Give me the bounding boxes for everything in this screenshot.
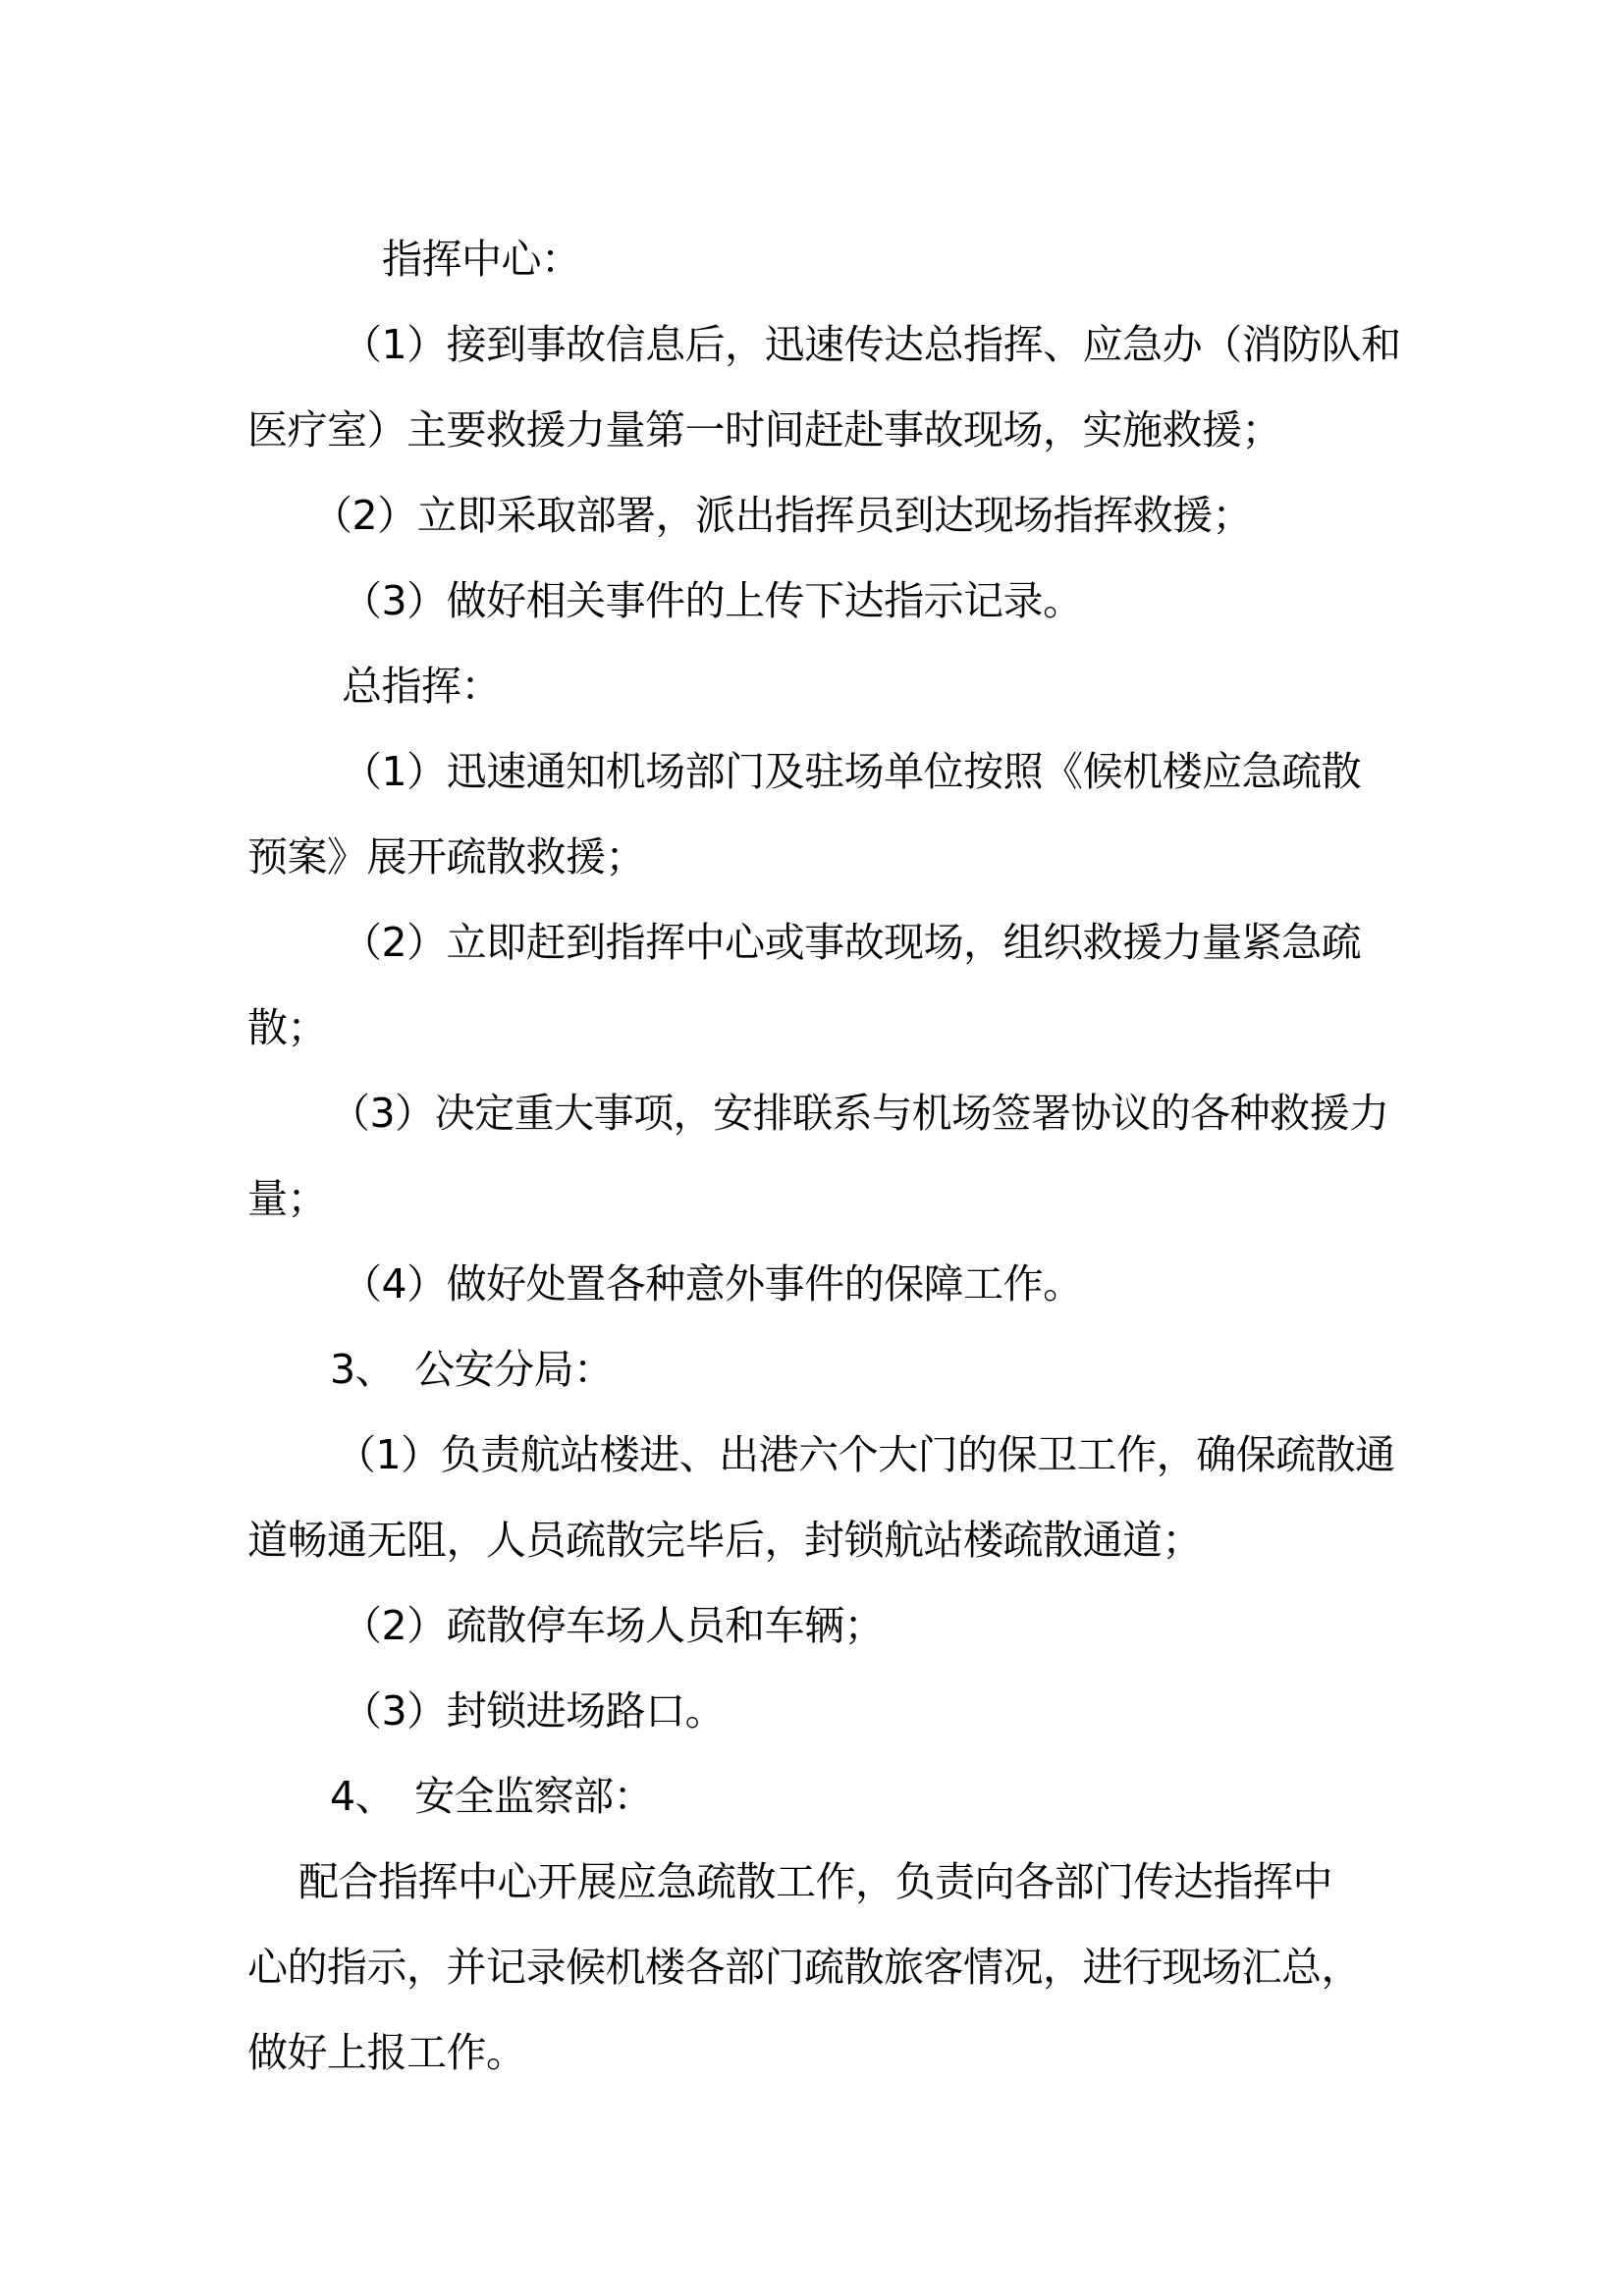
heading-safety-supervision: 4、 安全监察部： bbox=[330, 1771, 653, 1822]
paragraph-line: （1）迅速通知机场部门及驻场单位按照《候机楼应急疏散 bbox=[342, 746, 1361, 797]
paragraph-line: （4）做好处置各种意外事件的保障工作。 bbox=[342, 1258, 1083, 1309]
paragraph-line: （3）做好相关事件的上传下达指示记录。 bbox=[342, 575, 1083, 626]
heading-command-center: 指挥中心： bbox=[382, 234, 581, 285]
paragraph-line: （3）封锁进场路口。 bbox=[342, 1685, 725, 1736]
paragraph-line: （2）立即采取部署，派出指挥员到达现场指挥救援； bbox=[312, 490, 1252, 541]
paragraph-line: 医疗室）主要救援力量第一时间赶赴事故现场，实施救援； bbox=[247, 404, 1281, 455]
paragraph-line: 做好上报工作。 bbox=[247, 2027, 526, 2078]
paragraph-line: （3）决定重大事项，安排联系与机场签署协议的各种救援力 bbox=[330, 1088, 1389, 1139]
paragraph-line: 心的指示，并记录候机楼各部门疏散旅客情况，进行现场汇总， bbox=[247, 1942, 1361, 1993]
paragraph-line: 道畅通无阻，人员疏散完毕后，封锁航站楼疏散通道； bbox=[247, 1515, 1202, 1566]
paragraph-line: （1）负责航站楼进、出港六个大门的保卫工作，确保疏散通 bbox=[336, 1429, 1395, 1480]
document-page: 指挥中心： （1）接到事故信息后，迅速传达总指挥、应急办（消防队和 医疗室）主要… bbox=[0, 0, 1624, 2296]
heading-commander-in-chief: 总指挥： bbox=[342, 661, 501, 712]
paragraph-line: （1）接到事故信息后，迅速传达总指挥、应急办（消防队和 bbox=[342, 319, 1401, 370]
paragraph-line: 配合指挥中心开展应急疏散工作，负责向各部门传达指挥中 bbox=[298, 1856, 1332, 1907]
paragraph-line: （2）疏散停车场人员和车辆； bbox=[342, 1600, 884, 1651]
paragraph-line: （2）立即赶到指挥中心或事故现场，组织救援力量紧急疏 bbox=[342, 917, 1361, 968]
heading-public-security: 3、 公安分局： bbox=[330, 1344, 614, 1395]
paragraph-line: 散； bbox=[247, 1002, 327, 1053]
paragraph-line: 量； bbox=[247, 1173, 327, 1224]
paragraph-line: 预案》展开疏散救援； bbox=[247, 831, 645, 882]
